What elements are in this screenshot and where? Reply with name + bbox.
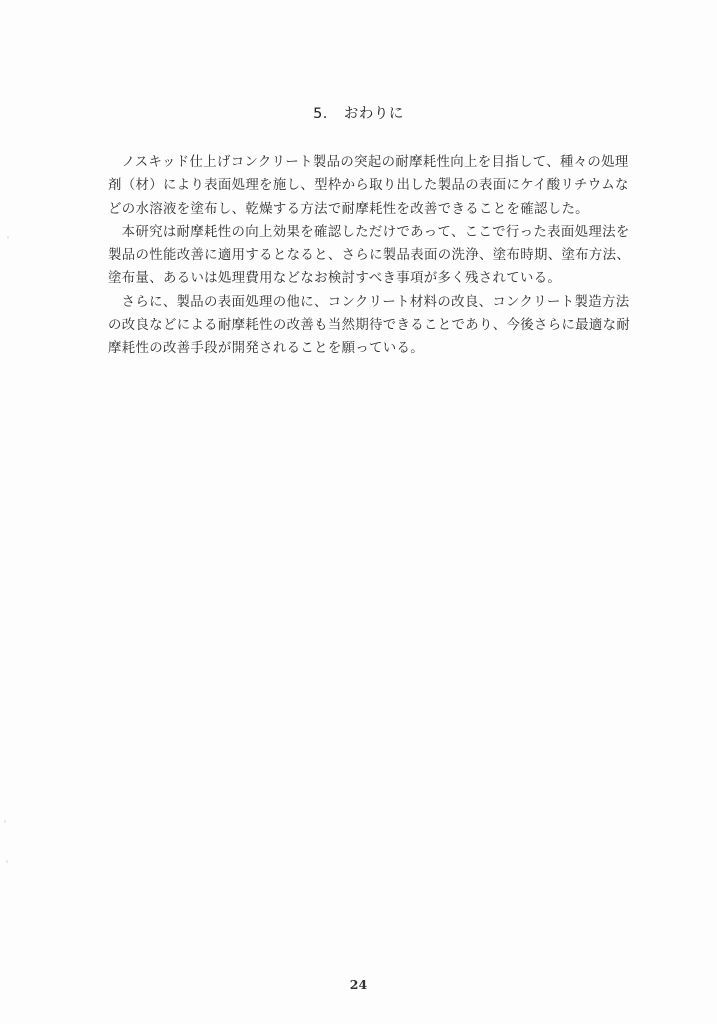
scan-speck bbox=[4, 820, 6, 823]
text-line: ノスキッド仕上げコンクリート製品の突起の耐摩耗性向上を目指して、種々の処理 bbox=[108, 151, 644, 174]
section-title: おわりに bbox=[344, 106, 404, 122]
scan-speck bbox=[7, 236, 9, 239]
scan-speck bbox=[6, 860, 8, 863]
body-text: ノスキッド仕上げコンクリート製品の突起の耐摩耗性向上を目指して、種々の処理 剤（… bbox=[108, 151, 644, 361]
paragraph: さらに、製品の表面処理の他に、コンクリート材料の改良、コンクリート製造方法 の改… bbox=[108, 291, 644, 361]
text-line: の改良などによる耐摩耗性の改善も当然期待できることであり、今後さらに最適な耐 bbox=[108, 314, 644, 337]
text-line: 本研究は耐摩耗性の向上効果を確認しただけであって、ここで行った表面処理法を bbox=[108, 221, 644, 244]
text-line: どの水溶液を塗布し、乾燥する方法で耐摩耗性を改善できることを確認した。 bbox=[108, 198, 644, 221]
text-line: さらに、製品の表面処理の他に、コンクリート材料の改良、コンクリート製造方法 bbox=[108, 291, 644, 314]
paragraph: 本研究は耐摩耗性の向上効果を確認しただけであって、ここで行った表面処理法を 製品… bbox=[108, 221, 644, 291]
section-number: 5. bbox=[313, 106, 328, 122]
paragraph: ノスキッド仕上げコンクリート製品の突起の耐摩耗性向上を目指して、種々の処理 剤（… bbox=[108, 151, 644, 221]
page-number: 24 bbox=[0, 977, 717, 992]
text-line: 剤（材）により表面処理を施し、型枠から取り出した製品の表面にケイ酸リチウムな bbox=[108, 174, 644, 197]
text-line: 摩耗性の改善手段が開発されることを願っている。 bbox=[108, 337, 644, 360]
text-line: 製品の性能改善に適用するとなると、さらに製品表面の洗浄、塗布時期、塗布方法、 bbox=[108, 244, 644, 267]
document-page: 5.おわりに ノスキッド仕上げコンクリート製品の突起の耐摩耗性向上を目指して、種… bbox=[0, 0, 717, 1024]
section-heading: 5.おわりに bbox=[0, 102, 717, 123]
text-line: 塗布量、あるいは処理費用などなお検討すべき事項が多く残されている。 bbox=[108, 267, 644, 290]
